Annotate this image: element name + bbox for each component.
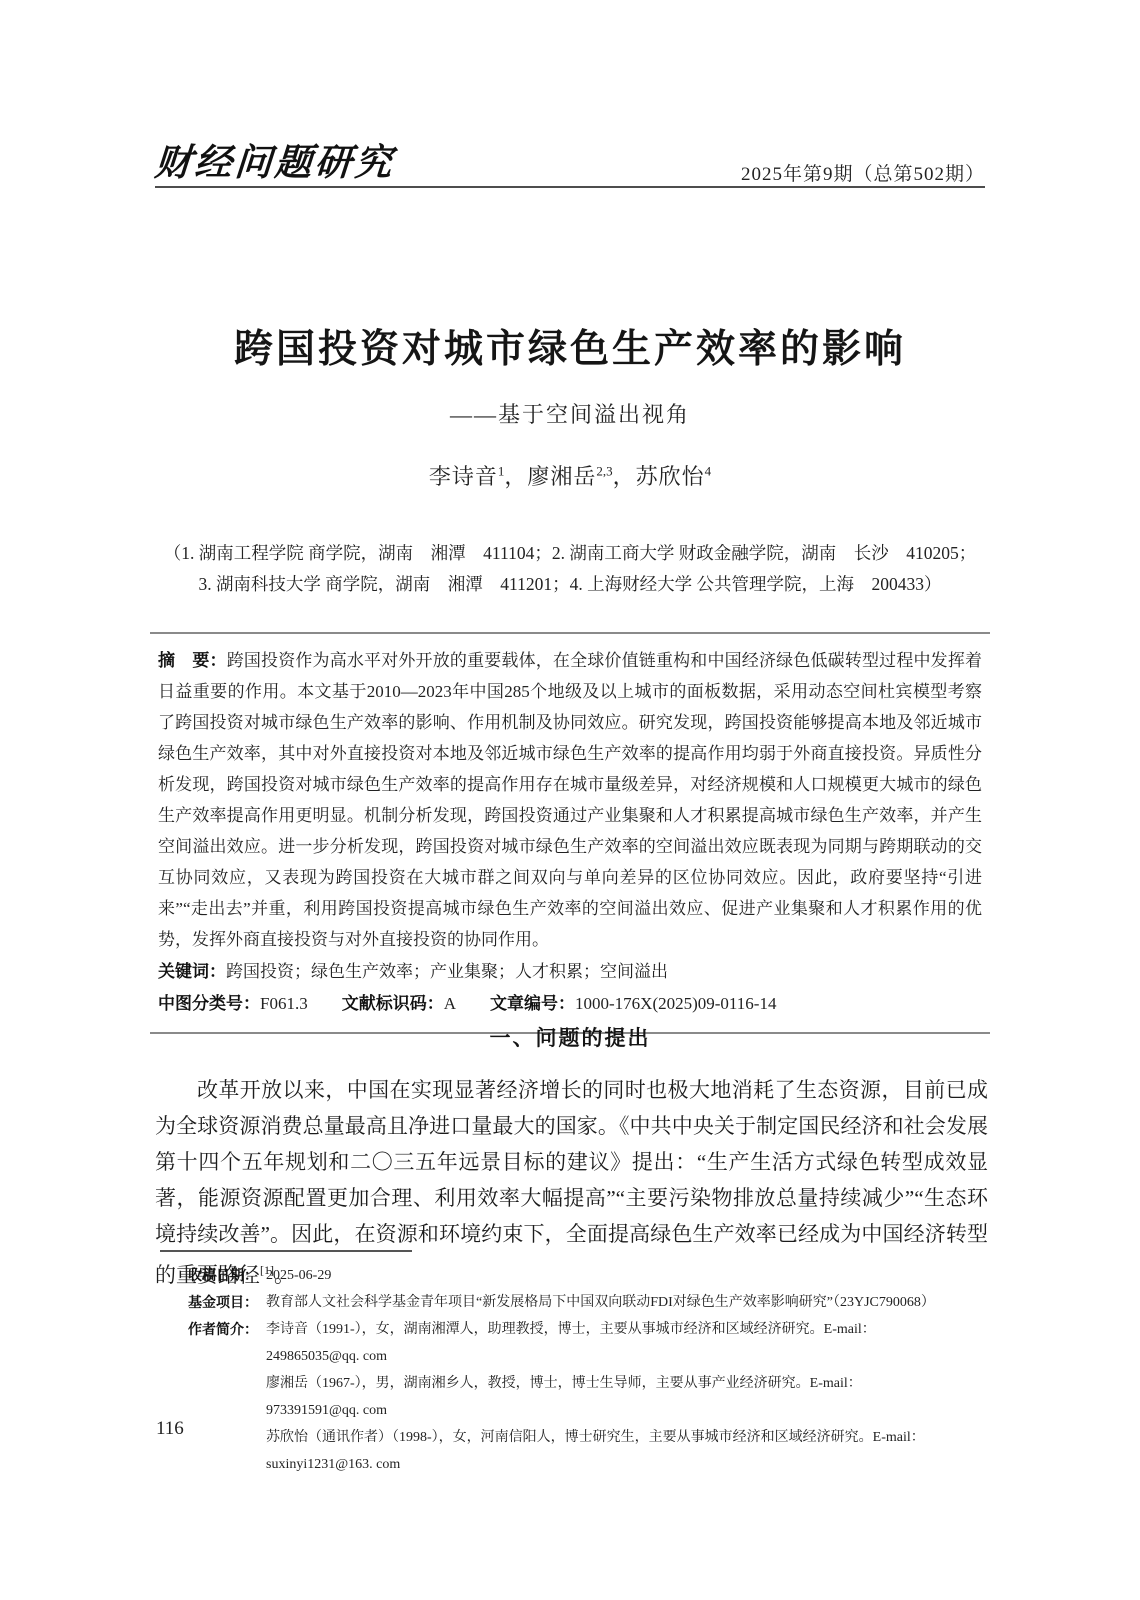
header-rule [155, 186, 985, 188]
page-number: 116 [156, 1418, 184, 1440]
author-bio-text: 苏欣怡（通讯作者）（1998-），女，河南信阳人，博士研究生，主要从事城市经济和… [266, 1430, 925, 1445]
section-heading: 一、问题的提出 [0, 1022, 1140, 1052]
author-bio-email: 973391591@qq. com [266, 1397, 992, 1424]
author-separator: ， [504, 464, 527, 489]
received-date-value: 2025-06-29 [266, 1262, 992, 1289]
body-paragraph: 改革开放以来，中国在实现显著经济增长的同时也极大地消耗了生态资源，目前已成为全球… [155, 1072, 988, 1293]
article-id-label: 文章编号： [490, 994, 575, 1013]
journal-logo: 财经问题研究 [153, 132, 397, 186]
abstract-text: 跨国投资作为高水平对外开放的重要载体，在全球价值链重构和中国经济绿色低碳转型过程… [158, 651, 982, 949]
author-bio: 李诗音（1991-），女，湖南湘潭人，助理教授，博士，主要从事城市经济和区域经济… [266, 1316, 992, 1370]
abstract-paragraph: 摘 要：跨国投资作为高水平对外开放的重要载体，在全球价值链重构和中国经济绿色低碳… [158, 645, 982, 955]
fund-project-row: 基金项目： 教育部人文社会科学基金青年项目“新发展格局下中国双向联动FDI对绿色… [188, 1289, 992, 1316]
body-text: 改革开放以来，中国在实现显著经济增长的同时也极大地消耗了生态资源，目前已成为全球… [155, 1078, 988, 1287]
keywords-line: 关键词：跨国投资；绿色生产效率；产业集聚；人才积累；空间溢出 [158, 956, 982, 987]
authors-line: 李诗音1，廖湘岳2,3，苏欣怡4 [0, 460, 1140, 491]
clc-group: 中图分类号：F061.3 [158, 994, 308, 1013]
received-date-row: 收稿日期： 2025-06-29 [188, 1262, 992, 1289]
page-header: 财经问题研究 2025年第9期（总第502期） [155, 132, 985, 186]
author-bio-row: 作者简介： 李诗音（1991-），女，湖南湘潭人，助理教授，博士，主要从事城市经… [188, 1316, 992, 1478]
footnote-rule [160, 1250, 412, 1252]
article-subtitle: ——基于空间溢出视角 [0, 398, 1140, 429]
article-id-group: 文章编号：1000-176X(2025)09-0116-14 [490, 994, 776, 1013]
author-bio-label: 作者简介： [188, 1316, 266, 1343]
received-date-label: 收稿日期： [188, 1262, 266, 1289]
author: 廖湘岳2,3 [527, 464, 612, 489]
issue-info: 2025年第9期（总第502期） [741, 159, 985, 186]
author: 苏欣怡4 [636, 464, 712, 489]
classification-line: 中图分类号：F061.3文献标识码：A文章编号：1000-176X(2025)0… [158, 988, 982, 1019]
abstract-box: 摘 要：跨国投资作为高水平对外开放的重要载体，在全球价值链重构和中国经济绿色低碳… [150, 632, 990, 1034]
author-bio-text: 廖湘岳（1967-），男，湖南湘乡人，教授，博士，博士生导师，主要从事产业经济研… [266, 1376, 862, 1391]
author-bio: 廖湘岳（1967-），男，湖南湘乡人，教授，博士，博士生导师，主要从事产业经济研… [266, 1370, 992, 1424]
fund-project-label: 基金项目： [188, 1289, 266, 1316]
author-affil-marker: 4 [705, 464, 712, 479]
journal-page: 财经问题研究 2025年第9期（总第502期） 跨国投资对城市绿色生产效率的影响… [0, 0, 1140, 1600]
affiliation-line: 3. 湖南科技大学 商学院，湖南 湘潭 411201；4. 上海财经大学 公共管… [0, 569, 1140, 600]
author-separator: ， [613, 464, 636, 489]
doc-code-value: A [444, 994, 456, 1013]
author-bio-email: suxinyi1231@163. com [266, 1451, 992, 1478]
affiliations: （1. 湖南工程学院 商学院，湖南 湘潭 411104；2. 湖南工商大学 财政… [0, 538, 1140, 600]
clc-label: 中图分类号： [158, 994, 260, 1013]
keywords-label: 关键词： [158, 962, 226, 981]
author-bio-text: 李诗音（1991-），女，湖南湘潭人，助理教授，博士，主要从事城市经济和区域经济… [266, 1322, 876, 1337]
author: 李诗音1 [429, 464, 505, 489]
author-bio: 苏欣怡（通讯作者）（1998-），女，河南信阳人，博士研究生，主要从事城市经济和… [266, 1424, 992, 1478]
fund-project-value: 教育部人文社会科学基金青年项目“新发展格局下中国双向联动FDI对绿色生产效率影响… [266, 1289, 992, 1316]
author-bios: 李诗音（1991-），女，湖南湘潭人，助理教授，博士，主要从事城市经济和区域经济… [266, 1316, 992, 1478]
doc-code-label: 文献标识码： [342, 994, 444, 1013]
doc-code-group: 文献标识码：A [342, 994, 456, 1013]
keywords-text: 跨国投资；绿色生产效率；产业集聚；人才积累；空间溢出 [226, 962, 668, 981]
article-title: 跨国投资对城市绿色生产效率的影响 [0, 318, 1140, 374]
abstract-label: 摘 要： [158, 651, 227, 670]
article-id-value: 1000-176X(2025)09-0116-14 [575, 994, 776, 1013]
affiliation-line: （1. 湖南工程学院 商学院，湖南 湘潭 411104；2. 湖南工商大学 财政… [0, 538, 1140, 569]
footnotes: 收稿日期： 2025-06-29 基金项目： 教育部人文社会科学基金青年项目“新… [188, 1262, 992, 1478]
author-bio-email: 249865035@qq. com [266, 1343, 992, 1370]
clc-value: F061.3 [260, 994, 308, 1013]
author-affil-marker: 2,3 [596, 464, 612, 479]
